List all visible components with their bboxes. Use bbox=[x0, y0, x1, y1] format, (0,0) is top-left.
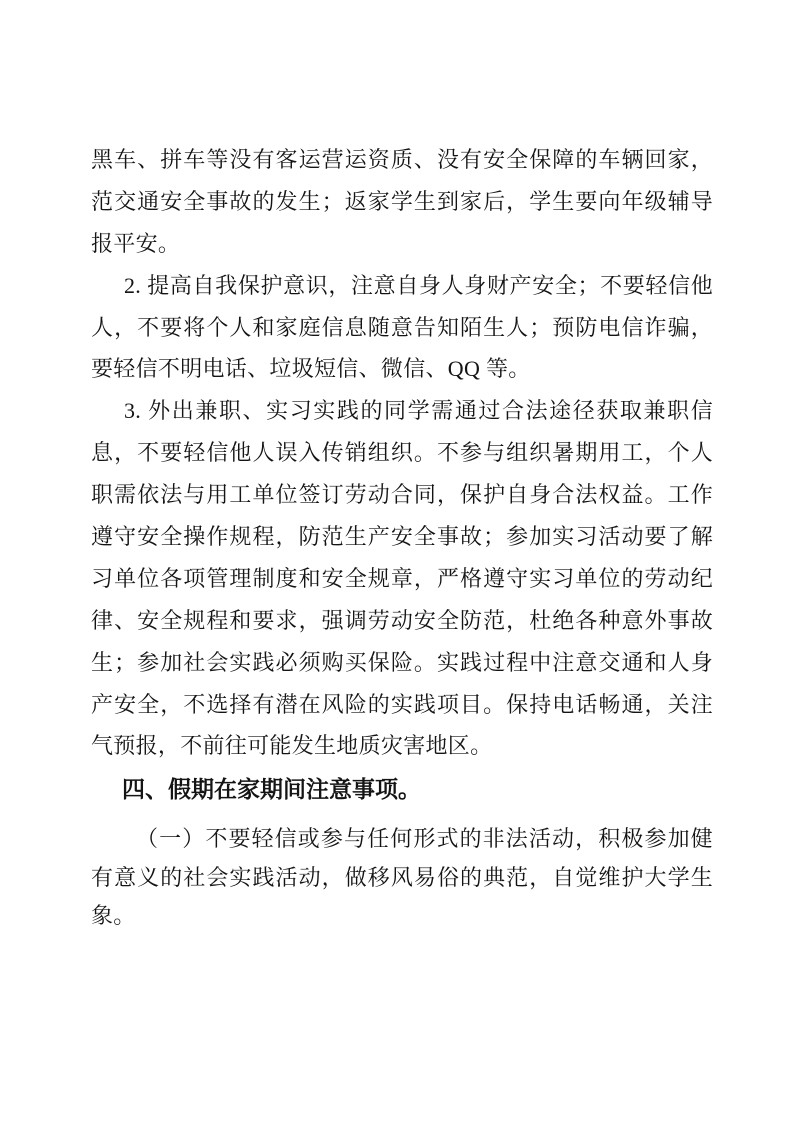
text-line: 遵守安全操作规程，防范生产安全事故；参加实习活动要了解实 bbox=[91, 516, 713, 558]
text-line: 习单位各项管理制度和安全规章，严格遵守实习单位的劳动纪 bbox=[91, 558, 713, 600]
text-line: 有意义的社会实践活动，做移风易俗的典范，自觉维护大学生形 bbox=[91, 859, 713, 898]
text-line: 息，不要轻信他人误入传销组织。不参与组织暑期用工，个人兼 bbox=[91, 432, 713, 474]
text-line: 范交通安全事故的发生；返家学生到家后，学生要向年级辅导员 bbox=[91, 181, 713, 223]
section-heading: 四、假期在家期间注意事项。 bbox=[91, 767, 713, 811]
text-line: 要轻信不明电话、垃圾短信、微信、QQ 等。 bbox=[91, 348, 713, 390]
text-line: 人，不要将个人和家庭信息随意告知陌生人；预防电信诈骗，不 bbox=[91, 307, 713, 349]
text-line: 黑车、拼车等没有客运营运资质、没有安全保障的车辆回家，防 bbox=[91, 139, 713, 181]
document-page: 黑车、拼车等没有客运营运资质、没有安全保障的车辆回家，防 范交通安全事故的发生；… bbox=[0, 0, 793, 1122]
text-line: 生；参加社会实践必须购买保险。实践过程中注意交通和人身财 bbox=[91, 642, 713, 684]
document-body: 黑车、拼车等没有客运营运资质、没有安全保障的车辆回家，防 范交通安全事故的发生；… bbox=[91, 139, 713, 936]
text-line: 产安全，不选择有潜在风险的实践项目。保持电话畅通，关注天 bbox=[91, 684, 713, 726]
text-line: （一）不要轻信或参与任何形式的非法活动，积极参加健康 bbox=[91, 820, 713, 859]
text-line: 气预报，不前往可能发生地质灾害地区。 bbox=[91, 725, 713, 767]
text-line: 2. 提高自我保护意识，注意自身人身财产安全；不要轻信他 bbox=[91, 265, 713, 307]
text-line: 律、安全规程和要求，强调劳动安全防范，杜绝各种意外事故发 bbox=[91, 600, 713, 642]
text-line: 象。 bbox=[91, 897, 713, 936]
text-line: 3. 外出兼职、实习实践的同学需通过合法途径获取兼职信 bbox=[91, 390, 713, 432]
text-line: 报平安。 bbox=[91, 223, 713, 265]
text-line: 职需依法与用工单位签订劳动合同，保护自身合法权益。工作时 bbox=[91, 474, 713, 516]
